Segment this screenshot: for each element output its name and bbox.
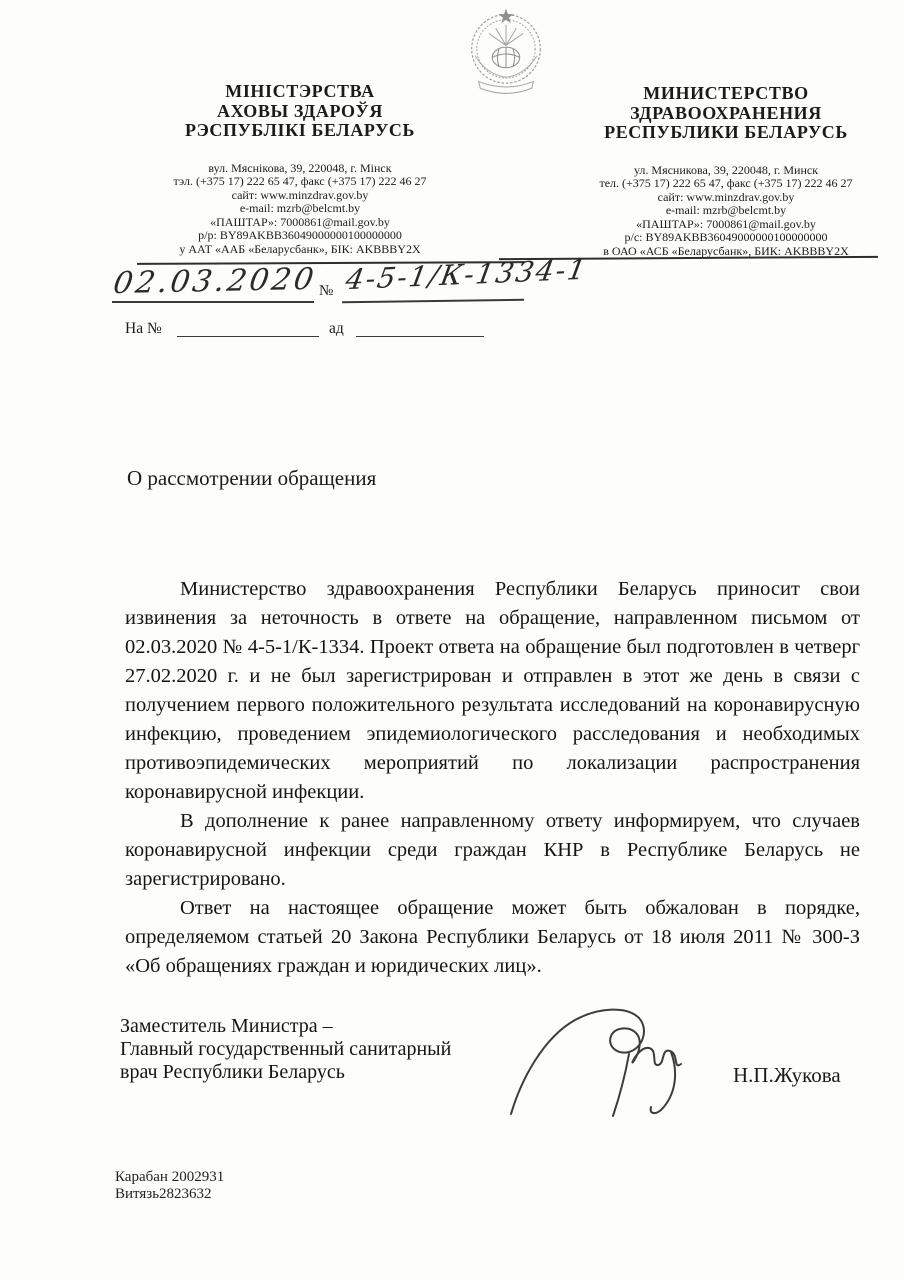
incoming-number-blank bbox=[177, 336, 319, 337]
executor-code-line: Витязь2823632 bbox=[115, 1186, 224, 1203]
letter-body: Министерство здравоохранения Республики … bbox=[125, 575, 860, 981]
ministry-title-be-line: РЭСПУБЛІКІ БЕЛАРУСЬ bbox=[150, 121, 450, 141]
address-line: сайт: www.minzdrav.gov.by bbox=[150, 189, 450, 203]
signatory-position-line: врач Республики Беларусь bbox=[120, 1061, 451, 1084]
coat-of-arms-icon bbox=[463, 6, 549, 107]
address-line: тэл. (+375 17) 222 65 47, факс (+375 17)… bbox=[150, 175, 450, 189]
address-line: р/р: BY89AKBB36049000000100000000 bbox=[150, 229, 450, 243]
body-paragraph: Ответ на настоящее обращение может быть … bbox=[125, 894, 860, 981]
outgoing-date-handwritten: 02.03.2020 bbox=[111, 262, 319, 301]
incoming-date-blank bbox=[356, 336, 484, 337]
subject-line: О рассмотрении обращения bbox=[127, 466, 376, 491]
ministry-title-ru-line: МИНИСТЕРСТВО bbox=[575, 84, 877, 104]
signatory-position-line: Заместитель Министра – bbox=[120, 1015, 451, 1038]
body-paragraph: В дополнение к ранее направленному ответ… bbox=[125, 807, 860, 894]
outgoing-number-underline bbox=[342, 299, 524, 303]
ministry-title-ru-line: ЗДРАВООХРАНЕНИЯ bbox=[575, 104, 877, 124]
signature-scribble-icon bbox=[503, 1002, 713, 1127]
address-line: у ААТ «ААБ «Беларусбанк», БІК: AKBBBY2X bbox=[150, 243, 450, 257]
ministry-title-be-line: МІНІСТЭРСТВА bbox=[150, 82, 450, 102]
body-paragraph: Министерство здравоохранения Республики … bbox=[125, 575, 860, 807]
letterhead-russian: МИНИСТЕРСТВО ЗДРАВООХРАНЕНИЯ РЕСПУБЛИКИ … bbox=[575, 84, 877, 258]
address-line: тел. (+375 17) 222 65 47, факс (+375 17)… bbox=[575, 177, 877, 191]
address-line: e-mail: mzrb@belcmt.by bbox=[150, 202, 450, 216]
incoming-from-label: ад bbox=[329, 320, 344, 338]
signatory-name: Н.П.Жукова bbox=[733, 1063, 841, 1088]
ministry-address-be: вул. Мяснікова, 39, 220048, г. Мінск тэл… bbox=[150, 162, 450, 257]
signatory-position-line: Главный государственный санитарный bbox=[120, 1038, 451, 1061]
ministry-title-ru: МИНИСТЕРСТВО ЗДРАВООХРАНЕНИЯ РЕСПУБЛИКИ … bbox=[575, 84, 877, 143]
ministry-title-be-line: АХОВЫ ЗДАРОЎЯ bbox=[150, 102, 450, 122]
address-line: сайт: www.minzdrav.gov.by bbox=[575, 191, 877, 205]
ministry-address-ru: ул. Мясникова, 39, 220048, г. Минск тел.… bbox=[575, 164, 877, 259]
address-line: р/с: BY89AKBB36049000000100000000 bbox=[575, 231, 877, 245]
address-line: «ПАШТАР»: 7000861@mail.gov.by bbox=[575, 218, 877, 232]
scanned-letter-page: МІНІСТЭРСТВА АХОВЫ ЗДАРОЎЯ РЭСПУБЛІКІ БЕ… bbox=[0, 0, 904, 1280]
incoming-number-label: На № bbox=[125, 320, 162, 338]
executor-code-line: Карабан 2002931 bbox=[115, 1169, 224, 1186]
outgoing-number-label: № bbox=[319, 283, 333, 300]
address-line: вул. Мяснікова, 39, 220048, г. Мінск bbox=[150, 162, 450, 176]
executor-codes: Карабан 2002931 Витязь2823632 bbox=[115, 1169, 224, 1202]
ministry-title-be: МІНІСТЭРСТВА АХОВЫ ЗДАРОЎЯ РЭСПУБЛІКІ БЕ… bbox=[150, 82, 450, 141]
outgoing-date-underline bbox=[112, 301, 314, 303]
letterhead-belarusian: МІНІСТЭРСТВА АХОВЫ ЗДАРОЎЯ РЭСПУБЛІКІ БЕ… bbox=[150, 82, 450, 256]
address-line: e-mail: mzrb@belcmt.by bbox=[575, 204, 877, 218]
outgoing-number-handwritten: 4-5-1/К-1334-1 bbox=[343, 253, 590, 296]
ministry-title-ru-line: РЕСПУБЛИКИ БЕЛАРУСЬ bbox=[575, 123, 877, 143]
signatory-position: Заместитель Министра – Главный государст… bbox=[120, 1015, 451, 1084]
address-line: «ПАШТАР»: 7000861@mail.gov.by bbox=[150, 216, 450, 230]
address-line: ул. Мясникова, 39, 220048, г. Минск bbox=[575, 164, 877, 178]
